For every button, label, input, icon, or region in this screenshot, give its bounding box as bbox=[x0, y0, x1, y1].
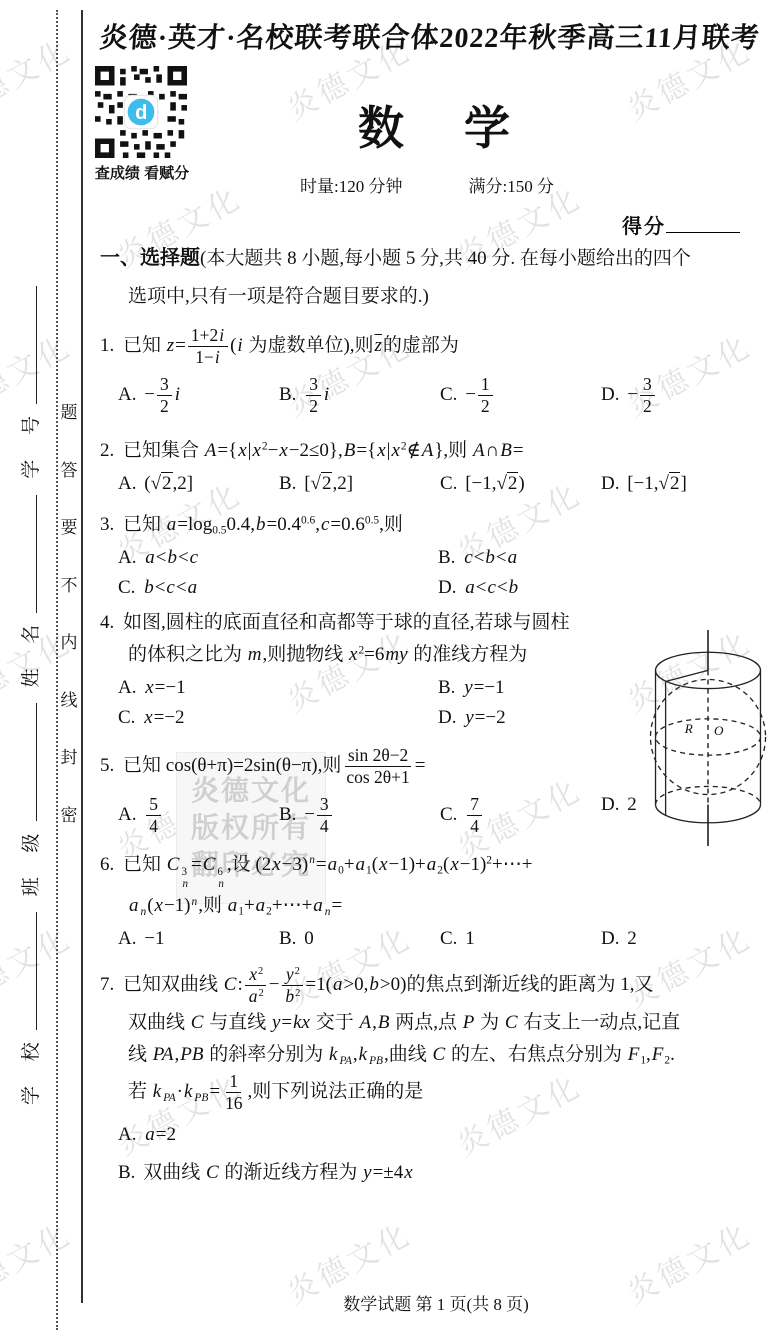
math-sq: √2 bbox=[659, 472, 681, 494]
math-den: 1−i bbox=[192, 347, 223, 368]
math-variable: x bbox=[278, 440, 288, 461]
option-label: D. bbox=[601, 928, 624, 949]
math-variable: x bbox=[237, 440, 247, 461]
math-den: cos 2θ+1 bbox=[343, 767, 412, 788]
math-variable: y bbox=[463, 677, 473, 698]
math-sub: 2 bbox=[437, 864, 443, 876]
math-variable: i bbox=[214, 347, 221, 367]
question-2: 2. 已知集合 A={x|x2−x−2≤0},B={x|x2∉A},则 A∩B=… bbox=[100, 435, 772, 495]
question-4-stem-line-2: 的体积之比为 m,则抛物线 x2=6my 的准线方程为 bbox=[100, 639, 673, 671]
math-sup: 2 bbox=[262, 441, 268, 453]
option-text: [√2,2] bbox=[304, 472, 353, 494]
math-variable: a bbox=[507, 547, 519, 568]
question-7-option-A: A. a=2 bbox=[118, 1120, 772, 1150]
option-text: (√2,2] bbox=[144, 472, 193, 494]
question-number: 1. bbox=[100, 335, 119, 356]
question-number: 2. bbox=[100, 440, 119, 461]
question-3-options: A. a<b<cB. c<b<aC. b<c<aD. a<c<b bbox=[100, 547, 772, 599]
option-text: b<c<a bbox=[143, 577, 198, 598]
option-text: y=−1 bbox=[463, 677, 504, 698]
math-sqarg: 2 bbox=[161, 472, 173, 494]
math-f: y2b2 bbox=[281, 964, 303, 1007]
question-5-option-B: B. −34 bbox=[279, 794, 440, 837]
math-sub: n bbox=[324, 906, 332, 918]
question-6-option-C: C. 1 bbox=[440, 928, 601, 950]
seal-line-character: 答 bbox=[61, 456, 78, 481]
math-variable: b bbox=[284, 986, 295, 1006]
question-4-option-C: C. x=−2 bbox=[118, 707, 438, 729]
student-field-blank bbox=[17, 912, 37, 1030]
question-number: 6. bbox=[100, 854, 119, 875]
math-variable: c bbox=[189, 547, 199, 568]
math-variable: a bbox=[464, 577, 476, 598]
math-num: x2 bbox=[245, 964, 266, 986]
math-f: 54 bbox=[146, 794, 161, 837]
math-sq: √2 bbox=[311, 472, 333, 494]
seal-solid-line bbox=[81, 10, 83, 1303]
subject-title: 数 学 bbox=[0, 92, 780, 148]
math-variable: x bbox=[378, 854, 388, 875]
question-1-option-D: D. −32 bbox=[601, 374, 762, 417]
section-instructions-line2: 选项中,只有一项是符合题目要求的.) bbox=[100, 281, 772, 313]
math-sup: 2 bbox=[258, 967, 263, 978]
option-label: B. bbox=[118, 1162, 140, 1183]
question-3-option-A: A. a<b<c bbox=[118, 547, 438, 569]
option-text: 1 bbox=[465, 928, 475, 949]
question-6-stem-line-1: 6. 已知 C3n=C6n,设 (2x−3)n=a0+a1(x−1)+a2(x−… bbox=[100, 849, 772, 891]
math-variable: A bbox=[472, 440, 486, 461]
question-number: 5. bbox=[100, 755, 119, 776]
question-3-option-D: D. a<c<b bbox=[438, 577, 772, 599]
math-variable: C bbox=[432, 1044, 447, 1065]
option-text: a<b<c bbox=[144, 547, 199, 568]
math-f: 116 bbox=[222, 1071, 245, 1114]
math-variable: C bbox=[223, 974, 238, 995]
math-num: sin 2θ−2 bbox=[345, 745, 411, 767]
math-den: a2 bbox=[245, 986, 267, 1007]
math-num: 7 bbox=[467, 794, 482, 816]
student-field-label: 学 校 bbox=[21, 1032, 42, 1105]
question-7-stem-line-2: 双曲线 C 与直线 y=kx 交于 A,B 两点,点 P 为 C 右支上一动点,… bbox=[100, 1007, 772, 1039]
option-text: [−1,√2] bbox=[627, 472, 687, 494]
question-2-stem-line-1: 2. 已知集合 A={x|x2−x−2≤0},B={x|x2∉A},则 A∩B= bbox=[100, 435, 772, 467]
question-2-option-D: D. [−1,√2] bbox=[601, 473, 762, 495]
question-7-options: A. a=2B. 双曲线 C 的渐近线方程为 y=±4x bbox=[100, 1120, 772, 1188]
math-sub: 1 bbox=[238, 906, 244, 918]
math-num: 3 bbox=[306, 374, 321, 396]
math-f: 74 bbox=[467, 794, 482, 837]
section-instructions: (本大题共 8 小题,每小题 5 分,共 40 分. 在每小题给出的四个 bbox=[200, 248, 691, 269]
question-7-stem-line-3: 线 PA,PB 的斜率分别为 kPA,kPB,曲线 C 的左、右焦点分别为 F1… bbox=[100, 1039, 772, 1071]
math-variable: z bbox=[374, 335, 383, 356]
math-variable: y bbox=[362, 1162, 372, 1183]
math-sup: 2 bbox=[401, 441, 407, 453]
math-variable: PB bbox=[193, 1092, 209, 1104]
option-label: A. bbox=[118, 547, 141, 568]
math-variable: a bbox=[332, 974, 344, 995]
math-variable: b bbox=[255, 514, 267, 535]
math-f: 32 bbox=[157, 374, 172, 417]
option-text: x=−1 bbox=[144, 677, 185, 698]
section-title: 一、选择题 bbox=[100, 247, 200, 269]
page-footer: 数学试题 第 1 页(共 8 页) bbox=[100, 1290, 772, 1315]
student-field-blank bbox=[17, 286, 37, 404]
math-variable: b bbox=[484, 547, 496, 568]
math-variable: c bbox=[320, 514, 330, 535]
question-number: 3. bbox=[100, 514, 119, 535]
option-label: A. bbox=[118, 928, 141, 949]
math-sqarg: 2 bbox=[507, 472, 519, 494]
math-variable: y bbox=[271, 1012, 281, 1033]
seal-line-character: 封 bbox=[61, 743, 78, 768]
option-label: C. bbox=[440, 473, 462, 494]
seal-line-character: 线 bbox=[61, 686, 78, 711]
exam-page: 炎德文化炎德文化炎德文化炎德文化炎德文化炎德文化炎德文化炎德文化炎德文化炎德文化… bbox=[0, 0, 780, 1344]
math-sub: 1 bbox=[640, 1055, 646, 1067]
option-label: C. bbox=[440, 928, 462, 949]
question-1-option-B: B. 32i bbox=[279, 374, 440, 417]
question-3-option-C: C. b<c<a bbox=[118, 577, 438, 599]
subject-char: 学 bbox=[464, 92, 510, 158]
subject-char: 数 bbox=[358, 92, 404, 158]
math-variable: x bbox=[143, 707, 153, 728]
math-variable: i bbox=[236, 335, 243, 356]
full-score-label: 满分:150 分 bbox=[468, 172, 553, 197]
math-sqarg: 2 bbox=[669, 472, 681, 494]
question-2-option-A: A. (√2,2] bbox=[118, 473, 279, 495]
option-label: B. bbox=[279, 804, 301, 825]
math-variable: n bbox=[308, 854, 316, 866]
figure-label-center: O bbox=[714, 723, 724, 738]
math-num: y2 bbox=[282, 964, 303, 986]
seal-text-column: 题答要不内线封密 bbox=[57, 398, 81, 826]
watermark-text: 炎德文化 bbox=[0, 1210, 78, 1313]
math-sub: 1 bbox=[366, 864, 372, 876]
math-variable: A bbox=[421, 440, 435, 461]
math-variable: F bbox=[651, 1044, 665, 1065]
question-7-option-B: B. 双曲线 C 的渐近线方程为 y=±4x bbox=[118, 1158, 772, 1188]
math-variable: y bbox=[464, 707, 474, 728]
math-variable: x bbox=[154, 895, 164, 916]
option-label: A. bbox=[118, 473, 141, 494]
seal-line-character: 密 bbox=[61, 801, 78, 826]
math-variable: b bbox=[368, 974, 380, 995]
option-label: D. bbox=[438, 577, 461, 598]
math-sup: 2 bbox=[295, 967, 300, 978]
option-text: a<c<b bbox=[464, 577, 519, 598]
math-ov: z bbox=[374, 335, 383, 356]
option-text: [−1,√2) bbox=[465, 472, 525, 494]
student-field-blank bbox=[17, 495, 37, 613]
math-variable: b bbox=[508, 577, 520, 598]
option-label: C. bbox=[440, 804, 462, 825]
math-sup: 2 bbox=[358, 645, 364, 657]
question-7-stem-line-4: 若 kPA·kPB=116,则下列说法正确的是 bbox=[100, 1071, 772, 1114]
math-variable: P bbox=[462, 1012, 476, 1033]
question-6: 6. 已知 C3n=C6n,设 (2x−3)n=a0+a1(x−1)+a2(x−… bbox=[100, 849, 772, 951]
math-f: x2a2 bbox=[245, 964, 267, 1007]
math-sub: PB bbox=[193, 1092, 209, 1104]
math-f: 12 bbox=[478, 374, 493, 417]
math-den: 4 bbox=[146, 816, 161, 837]
math-variable: A bbox=[359, 1012, 373, 1033]
seal-line-character: 不 bbox=[61, 571, 78, 596]
math-variable: n bbox=[324, 906, 332, 918]
seal-line-character: 题 bbox=[61, 398, 78, 423]
exam-title: 炎德·英才·名校联考联合体2022年秋季高三11月联考 bbox=[89, 16, 772, 56]
question-1-option-A: A. −32i bbox=[118, 374, 279, 417]
student-field-blank bbox=[17, 703, 37, 821]
math-sup: n bbox=[191, 896, 199, 908]
option-label: D. bbox=[601, 473, 624, 494]
math-f: 32 bbox=[640, 374, 655, 417]
option-text: 54 bbox=[144, 804, 163, 825]
math-variable: n bbox=[191, 896, 199, 908]
question-6-options: A. −1B. 0C. 1D. 2 bbox=[100, 928, 772, 950]
option-label: A. bbox=[118, 677, 141, 698]
math-sub: PB bbox=[368, 1055, 384, 1067]
math-sup: 2 bbox=[258, 989, 263, 1000]
question-6-stem-line-2: an(x−1)n,则 a1+a2+⋯+an= bbox=[100, 890, 772, 922]
option-text: 双曲线 C 的渐近线方程为 y=±4x bbox=[143, 1162, 414, 1183]
math-variable: n bbox=[181, 878, 189, 890]
math-num: 5 bbox=[146, 794, 161, 816]
math-variable: B bbox=[343, 440, 357, 461]
option-text: −32 bbox=[627, 384, 656, 405]
student-field-label: 班 级 bbox=[21, 823, 42, 896]
math-variable: x bbox=[403, 1162, 413, 1183]
question-3: 3. 已知 a=log0.50.4,b=0.40.6,c=0.60.5,则A. … bbox=[100, 509, 772, 599]
math-den: b2 bbox=[281, 986, 303, 1007]
option-text: x=−2 bbox=[143, 707, 184, 728]
question-6-option-A: A. −1 bbox=[118, 928, 279, 950]
math-variable: A bbox=[204, 440, 218, 461]
math-variable: c bbox=[463, 547, 473, 568]
question-6-option-D: D. 2 bbox=[601, 928, 762, 950]
score-label: 得分 bbox=[622, 216, 666, 238]
math-variable: PA bbox=[152, 1044, 175, 1065]
math-variable: i bbox=[174, 384, 181, 405]
duration-label: 时量:120 分钟 bbox=[300, 172, 402, 197]
student-info-fields: 学 校班 级姓 名学 号 bbox=[16, 215, 54, 1105]
option-text: 32i bbox=[304, 384, 330, 405]
option-label: B. bbox=[438, 677, 460, 698]
math-sub: PA bbox=[338, 1055, 352, 1067]
math-variable: c bbox=[165, 577, 175, 598]
math-sub: 2 bbox=[664, 1055, 670, 1067]
math-den: 4 bbox=[467, 816, 482, 837]
math-den: 2 bbox=[157, 396, 172, 417]
math-variable: b bbox=[143, 577, 155, 598]
option-label: A. bbox=[118, 1124, 141, 1145]
question-2-option-C: C. [−1,√2) bbox=[440, 473, 601, 495]
math-num: 3 bbox=[640, 374, 655, 396]
math-den: 2 bbox=[478, 396, 493, 417]
option-text: c<b<a bbox=[463, 547, 518, 568]
math-variable: a bbox=[166, 514, 178, 535]
question-1: 1. 已知 z=1+2i1−i(i 为虚数单位),则z的虚部为A. −32iB.… bbox=[100, 325, 772, 417]
math-variable: x bbox=[251, 440, 261, 461]
math-num: 3 bbox=[157, 374, 172, 396]
question-7-stem-line-1: 7. 已知双曲线 C:x2a2−y2b2=1(a>0,b>0)的焦点到渐近线的距… bbox=[100, 964, 772, 1007]
option-text: 0 bbox=[304, 928, 314, 949]
option-label: C. bbox=[118, 577, 140, 598]
cylinder-sphere-figure: R O bbox=[642, 628, 774, 848]
math-num: 1 bbox=[226, 1071, 241, 1093]
option-label: B. bbox=[438, 547, 460, 568]
math-variable: x bbox=[348, 644, 358, 665]
question-5-option-A: A. 54 bbox=[118, 794, 279, 837]
math-variable: a bbox=[327, 854, 339, 875]
option-label: B. bbox=[279, 473, 301, 494]
math-den: 2 bbox=[306, 396, 321, 417]
option-label: A. bbox=[118, 384, 141, 405]
math-variable: y bbox=[285, 964, 295, 984]
math-variable: x bbox=[144, 677, 154, 698]
question-1-options: A. −32iB. 32iC. −12D. −32 bbox=[100, 374, 772, 417]
math-sub: 2 bbox=[266, 906, 272, 918]
math-variable: a bbox=[312, 895, 324, 916]
math-variable: a bbox=[227, 895, 239, 916]
math-variable: a bbox=[144, 1124, 156, 1145]
math-sup: 2 bbox=[295, 989, 300, 1000]
option-label: D. bbox=[601, 384, 624, 405]
math-variable: a bbox=[248, 986, 259, 1006]
math-variable: a bbox=[128, 895, 140, 916]
math-variable: PB bbox=[179, 1044, 204, 1065]
math-variable: x bbox=[390, 440, 400, 461]
math-ss: 6n bbox=[217, 867, 225, 890]
question-2-options: A. (√2,2]B. [√2,2]C. [−1,√2)D. [−1,√2] bbox=[100, 473, 772, 495]
math-variable: x bbox=[271, 854, 281, 875]
math-sub: n bbox=[140, 906, 148, 918]
option-text: −12 bbox=[465, 384, 494, 405]
option-text: −34 bbox=[304, 804, 333, 825]
math-variable: PA bbox=[338, 1055, 352, 1067]
score-blank-line bbox=[666, 212, 740, 233]
math-variable: a bbox=[255, 895, 267, 916]
math-variable: k bbox=[152, 1081, 162, 1102]
option-text: −1 bbox=[144, 928, 164, 949]
option-text: 2 bbox=[627, 928, 637, 949]
math-sup: 0.6 bbox=[301, 515, 315, 527]
math-ss: 3n bbox=[181, 867, 189, 890]
math-variable: k bbox=[328, 1044, 338, 1065]
math-variable: kx bbox=[292, 1012, 311, 1033]
math-num: 3 bbox=[317, 794, 332, 816]
math-ss-b: n bbox=[217, 879, 225, 891]
option-text: 2 bbox=[627, 794, 637, 815]
math-variable: a bbox=[144, 547, 156, 568]
math-f: 34 bbox=[317, 794, 332, 837]
math-f: 1+2i1−i bbox=[188, 325, 228, 368]
question-4-option-A: A. x=−1 bbox=[118, 677, 438, 699]
math-den: 2 bbox=[640, 396, 655, 417]
math-variable: x bbox=[449, 854, 459, 875]
question-3-option-B: B. c<b<a bbox=[438, 547, 772, 569]
math-den: 4 bbox=[317, 816, 332, 837]
math-variable: C bbox=[166, 854, 181, 875]
math-variable: B bbox=[499, 440, 513, 461]
math-variable: C bbox=[190, 1012, 205, 1033]
math-variable: m bbox=[247, 644, 263, 665]
math-sup: 2 bbox=[486, 854, 492, 866]
math-num: 1+2i bbox=[188, 325, 228, 347]
math-f: 32 bbox=[306, 374, 321, 417]
math-variable: k bbox=[183, 1081, 193, 1102]
question-3-stem-line-1: 3. 已知 a=log0.50.4,b=0.40.6,c=0.60.5,则 bbox=[100, 509, 772, 541]
option-label: A. bbox=[118, 804, 141, 825]
option-label: B. bbox=[279, 928, 301, 949]
math-variable: my bbox=[384, 644, 408, 665]
math-variable: PB bbox=[368, 1055, 384, 1067]
student-field-label: 学 号 bbox=[21, 406, 42, 479]
math-variable: B bbox=[377, 1012, 391, 1033]
math-variable: i bbox=[323, 384, 330, 405]
math-variable: a bbox=[355, 854, 367, 875]
math-f: sin 2θ−2cos 2θ+1 bbox=[343, 745, 412, 788]
math-variable: a bbox=[426, 854, 438, 875]
math-variable: b bbox=[166, 547, 178, 568]
option-label: D. bbox=[601, 794, 624, 815]
seal-line-character: 内 bbox=[61, 628, 78, 653]
question-1-option-C: C. −12 bbox=[440, 374, 601, 417]
math-sqarg: 2 bbox=[321, 472, 333, 494]
option-text: 74 bbox=[465, 804, 484, 825]
score-field: 得分 bbox=[622, 210, 740, 239]
option-label: D. bbox=[438, 707, 461, 728]
math-ss-b: n bbox=[181, 879, 189, 891]
math-variable: k bbox=[358, 1044, 368, 1065]
qr-caption: 查成绩 看赋分 bbox=[86, 162, 198, 183]
question-2-option-B: B. [√2,2] bbox=[279, 473, 440, 495]
seal-line-character: 要 bbox=[61, 513, 78, 538]
question-6-option-B: B. 0 bbox=[279, 928, 440, 950]
math-variable: F bbox=[627, 1044, 641, 1065]
question-5-option-C: C. 74 bbox=[440, 794, 601, 837]
option-text: y=−2 bbox=[464, 707, 505, 728]
math-sq: √2 bbox=[151, 472, 173, 494]
math-sq: √2 bbox=[496, 472, 518, 494]
question-number: 4. bbox=[100, 612, 119, 633]
student-field-label: 姓 名 bbox=[21, 615, 42, 688]
math-sup: 0.5 bbox=[365, 515, 379, 527]
figure-label-radius: R bbox=[684, 721, 693, 736]
option-text: a=2 bbox=[144, 1124, 176, 1145]
option-text: −32i bbox=[144, 384, 181, 405]
math-variable: z bbox=[166, 335, 175, 356]
math-sup: n bbox=[308, 854, 316, 866]
math-sub: PA bbox=[162, 1092, 176, 1104]
math-variable: a bbox=[187, 577, 199, 598]
math-num: 1 bbox=[478, 374, 493, 396]
option-label: C. bbox=[118, 707, 140, 728]
question-1-stem-line-1: 1. 已知 z=1+2i1−i(i 为虚数单位),则z的虚部为 bbox=[100, 325, 772, 368]
math-sub: 0 bbox=[338, 864, 344, 876]
math-variable: i bbox=[218, 325, 225, 345]
math-variable: C bbox=[504, 1012, 519, 1033]
section-heading: 一、选择题(本大题共 8 小题,每小题 5 分,共 40 分. 在每小题给出的四… bbox=[100, 242, 772, 275]
question-number: 7. bbox=[100, 974, 119, 995]
math-den: 16 bbox=[222, 1093, 245, 1114]
option-label: C. bbox=[440, 384, 462, 405]
option-label: B. bbox=[279, 384, 301, 405]
math-variable: n bbox=[140, 906, 148, 918]
math-variable: C bbox=[205, 1162, 220, 1183]
question-4-stem-line-1: 4. 如图,圆柱的底面直径和高都等于球的直径,若球与圆柱 bbox=[100, 607, 645, 639]
math-variable: n bbox=[217, 878, 225, 890]
math-variable: C bbox=[202, 854, 217, 875]
